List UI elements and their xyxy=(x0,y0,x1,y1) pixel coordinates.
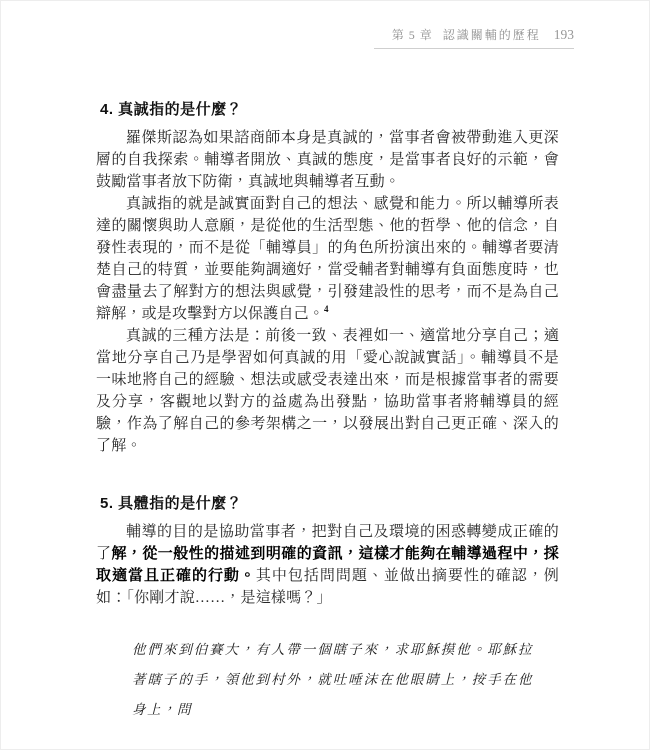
footnote-marker: 4 xyxy=(324,304,329,314)
paragraph: 真誠的三種方法是：前後一致、表裡如一、適當地分享自己；適當地分享自己乃是學習如何… xyxy=(96,325,559,457)
paragraph: 輔導的目的是協助當事者，把對自己及環境的困惑轉變成正確的了解，從一般性的描述到明… xyxy=(96,521,559,609)
chapter-title: 認識關輔的歷程 xyxy=(443,26,541,43)
section-heading-4: 4. 真誠指的是什麼？ xyxy=(100,99,559,121)
section-heading-5: 5. 具體指的是什麼？ xyxy=(100,493,559,515)
header-rule xyxy=(374,48,574,49)
chapter-label: 第 5 章 xyxy=(392,26,433,43)
running-header: 第 5 章 認識關輔的歷程 193 xyxy=(374,26,574,43)
page-number: 193 xyxy=(554,27,574,43)
page-body: 4. 真誠指的是什麼？ 羅傑斯認為如果諮商師本身是真誠的，當事者會被帶動進入更深… xyxy=(96,99,559,725)
section-genuineness: 4. 真誠指的是什麼？ 羅傑斯認為如果諮商師本身是真誠的，當事者會被帶動進入更深… xyxy=(96,99,559,457)
section-concreteness: 5. 具體指的是什麼？ 輔導的目的是協助當事者，把對自己及環境的困惑轉變成正確的… xyxy=(96,493,559,609)
paragraph: 羅傑斯認為如果諮商師本身是真誠的，當事者會被帶動進入更深層的自我探索。輔導者開放… xyxy=(96,127,559,193)
scripture-text: 他們來到伯賽大，有人帶一個瞎子來，求耶穌摸他。耶穌拉著瞎子的手，領他到村外，就吐… xyxy=(132,635,533,725)
scripture-quote: 他們來到伯賽大，有人帶一個瞎子來，求耶穌摸他。耶穌拉著瞎子的手，領他到村外，就吐… xyxy=(132,635,533,725)
paragraph: 真誠指的就是誠實面對自己的想法、感覺和能力。所以輔導所表達的關懷與助人意願，是從… xyxy=(96,193,559,325)
book-page: 第 5 章 認識關輔的歷程 193 4. 真誠指的是什麼？ 羅傑斯認為如果諮商師… xyxy=(0,0,650,750)
